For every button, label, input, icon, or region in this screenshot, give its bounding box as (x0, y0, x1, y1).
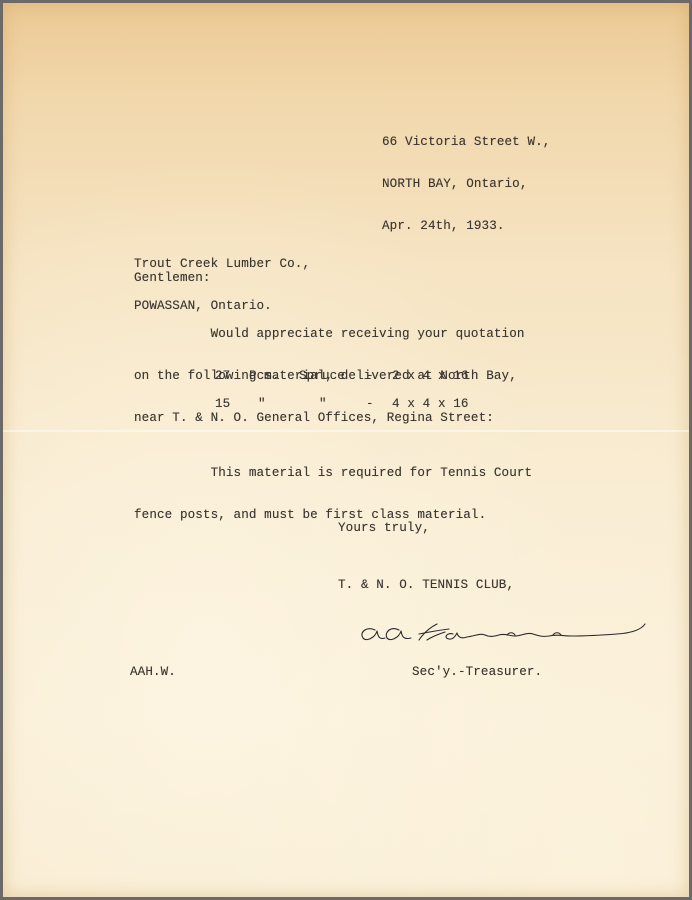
organization-name: T. & N. O. TENNIS CLUB, (338, 578, 514, 592)
handwritten-signature (357, 618, 652, 648)
paragraph-2-line-1: This material is required for Tennis Cou… (134, 466, 532, 480)
paragraph-2-line-2: fence posts, and must be first class mat… (134, 508, 532, 522)
closing: Yours truly, (338, 521, 430, 535)
reference-initials: AAH.W. (130, 665, 176, 679)
material-unit: " (258, 397, 266, 411)
paragraph-1-line-1: Would appreciate receiving your quotatio… (134, 327, 525, 341)
signer-title: Sec'y.-Treasurer. (412, 665, 542, 679)
material-wood: " (319, 397, 327, 411)
letter-page: 66 Victoria Street W., NORTH BAY, Ontari… (3, 3, 689, 897)
sender-address: 66 Victoria Street W., NORTH BAY, Ontari… (382, 107, 550, 261)
material-dash: - (366, 397, 374, 411)
material-unit: Pcs. (249, 369, 280, 383)
material-size: 4 x 4 x 16 (392, 397, 469, 411)
sender-street: 66 Victoria Street W., (382, 135, 550, 149)
materials-list: 27 Pcs. Spruce - 2 x 4 x 16 15 " " - 4 x… (3, 369, 689, 429)
material-qty: 15 (215, 397, 230, 411)
sender-city: NORTH BAY, Ontario, (382, 177, 550, 191)
body-paragraph-2: This material is required for Tennis Cou… (134, 438, 532, 550)
material-wood: Spruce (299, 369, 345, 383)
material-size: 2 x 4 x 16 (392, 369, 469, 383)
salutation: Gentlemen: (134, 271, 211, 285)
material-qty: 27 (215, 369, 230, 383)
material-dash: - (366, 369, 374, 383)
letter-date: Apr. 24th, 1933. (382, 219, 550, 233)
recipient-name: Trout Creek Lumber Co., (134, 257, 310, 271)
